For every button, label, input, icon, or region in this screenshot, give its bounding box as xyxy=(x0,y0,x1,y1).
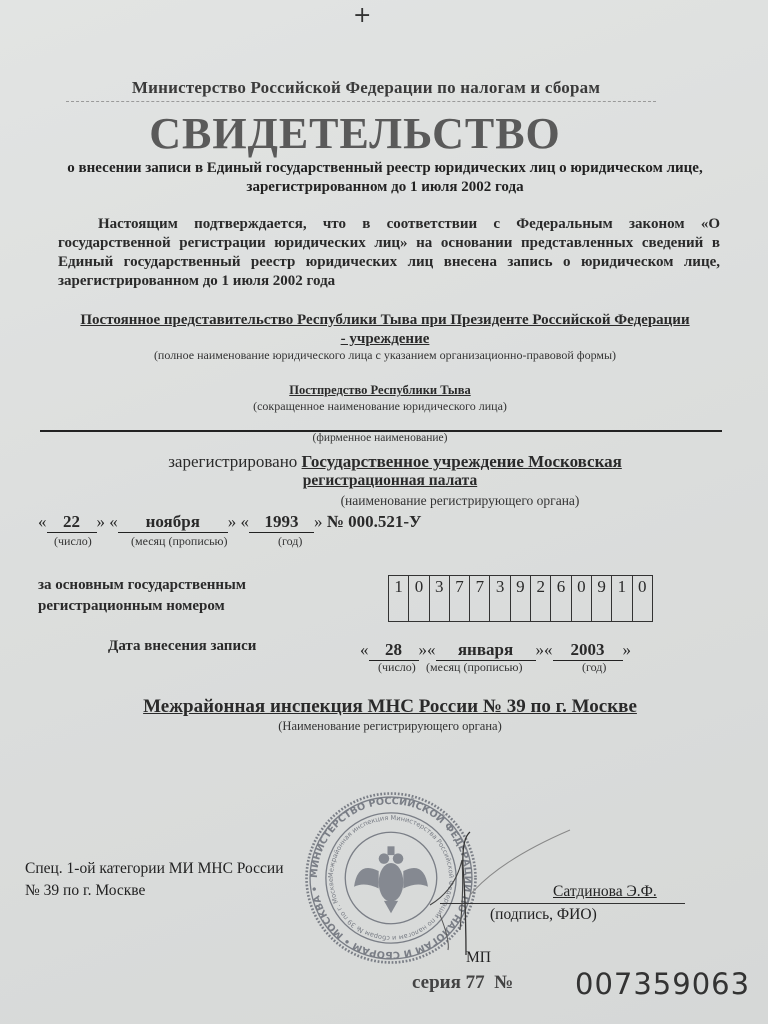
inspection-name: Межрайонная инспекция МНС России № 39 по… xyxy=(100,696,680,718)
firm-name-caption: (фирменное наименование) xyxy=(200,432,560,444)
registration-year: 1993 xyxy=(249,512,314,533)
signatory-position: Спец. 1-ой категории МИ МНС России № 39 … xyxy=(25,858,355,902)
ogrn-digit: 2 xyxy=(531,576,551,621)
registration-organ-caption: (наименование регистрирующего органа) xyxy=(300,493,620,509)
ogrn-digit: 9 xyxy=(511,576,531,621)
ogrn-digit: 1 xyxy=(612,576,632,621)
form-series: серия 77 № xyxy=(412,972,513,994)
ogrn-digit: 3 xyxy=(430,576,450,621)
entity-short-name: Постпредство Республики Тыва xyxy=(180,383,580,398)
ogrn-digit: 7 xyxy=(450,576,470,621)
entry-year: 2003 xyxy=(553,640,623,661)
handwritten-signature-icon xyxy=(400,820,580,960)
registration-organ-line2: регистрационная палата xyxy=(260,472,520,490)
seal-place-label: МП xyxy=(466,949,491,967)
header-divider xyxy=(66,101,656,102)
registration-organ-line1: Государственное учреждение Московская xyxy=(302,452,622,471)
form-serial-number: 007359063 xyxy=(575,967,750,1001)
ogrn-digit: 9 xyxy=(592,576,612,621)
document-subtitle: о внесении записи в Единый государственн… xyxy=(40,159,730,197)
intro-paragraph: Настоящим подтверждается, что в соответс… xyxy=(58,215,720,291)
registration-number: 000.521-У xyxy=(348,512,421,531)
document-title: СВИДЕТЕЛЬСТВО xyxy=(0,108,710,159)
ogrn-digit: 6 xyxy=(551,576,571,621)
entry-date-label: Дата внесения записи xyxy=(108,638,328,655)
ogrn-grid: 1037739260910 xyxy=(388,575,653,622)
entry-month: января xyxy=(436,640,536,661)
registration-line: зарегистрировано Государственное учрежде… xyxy=(110,451,680,472)
ministry-header: Министерство Российской Федерации по нал… xyxy=(66,78,666,98)
registration-prefix: зарегистрировано xyxy=(168,452,297,471)
ogrn-digit: 7 xyxy=(470,576,490,621)
entity-full-name-caption: (полное наименование юридического лица с… xyxy=(60,348,710,363)
ogrn-digit: 0 xyxy=(409,576,429,621)
ogrn-digit: 1 xyxy=(389,576,409,621)
registration-day: 22 xyxy=(47,512,97,533)
registration-number-label: № xyxy=(327,512,344,531)
registration-date: «22» «ноября» «1993» № 000.521-У xyxy=(38,512,538,533)
registration-month: ноября xyxy=(118,512,228,533)
ogrn-label: за основным государственным регистрацион… xyxy=(38,575,358,617)
ogrn-digit: 3 xyxy=(490,576,510,621)
ogrn-digit: 0 xyxy=(633,576,652,621)
entity-short-name-caption: (сокращенное наименование юридического л… xyxy=(180,399,580,414)
ogrn-digit: 0 xyxy=(572,576,592,621)
entity-full-name: Постоянное представительство Республики … xyxy=(80,311,690,349)
entry-date: «28»«января»«2003» xyxy=(360,640,700,661)
registration-mark-icon: + xyxy=(353,5,371,27)
inspection-caption: (Наименование регистрирующего органа) xyxy=(100,719,680,734)
entry-day: 28 xyxy=(369,640,419,661)
